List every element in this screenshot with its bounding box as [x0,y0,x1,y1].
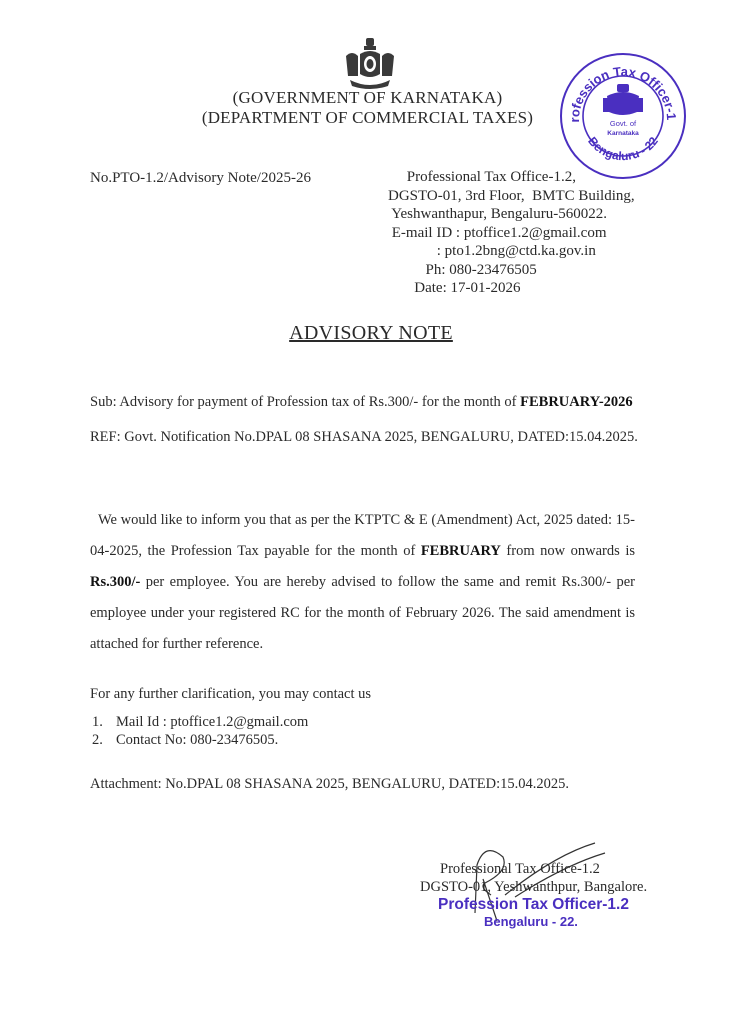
address-line: Professional Tax Office-1.2, [388,168,635,187]
address-line: DGSTO-01, 3rd Floor, BMTC Building, [388,187,635,206]
subject-month: FEBRUARY-2026 [520,394,633,410]
body-text-3: per employee. You are hereby advised to … [90,574,635,652]
office-address: Professional Tax Office-1.2,DGSTO-01, 3r… [388,168,635,298]
clarification-text: For any further clarification, you may c… [90,686,371,703]
address-line: Date: 17-01-2026 [388,279,635,298]
contact-mail: Mail Id : ptoffice1.2@gmail.com [116,714,308,730]
contact-item: 1.Mail Id : ptoffice1.2@gmail.com [90,713,308,731]
signatory-office: Professional Tax Office-1.2 [420,860,647,878]
attachment-line: Attachment: No.DPAL 08 SHASANA 2025, BEN… [90,776,569,793]
contact-phone: Contact No: 080-23476505. [116,732,278,748]
body-text-2: from now onwards is [501,543,635,559]
body-bold-month: FEBRUARY [421,543,501,559]
officer-seal: Profession Tax Officer-1.2 Bengaluru - 2… [420,896,647,930]
address-line: E-mail ID : ptoffice1.2@gmail.com [388,224,635,243]
address-line: : pto1.2bng@ctd.ka.gov.in [388,242,635,261]
body-bold-amount: Rs.300/- [90,574,140,590]
seal-title: Profession Tax Officer-1.2 [420,896,647,913]
seal-location: Bengaluru - 22. [420,913,647,930]
official-stamp-icon: Profession Tax Officer-1.2 Bengaluru - 2… [557,50,689,182]
stamp-inner-line1: Govt. of [610,119,637,128]
contact-number: 1. [90,713,116,731]
body-paragraph: We would like to inform you that as per … [90,505,635,660]
svg-text:Bengaluru - 22: Bengaluru - 22 [585,134,661,163]
signatory-address: DGSTO-01, Yeshwanthpur, Bangalore. [420,878,647,896]
contact-number: 2. [90,731,116,749]
subject-line: Sub: Advisory for payment of Profession … [90,394,633,411]
contact-list: 1.Mail Id : ptoffice1.2@gmail.com 2.Cont… [90,713,308,749]
address-line: Ph: 080-23476505 [388,261,635,280]
subject-prefix: Sub: Advisory for payment of Profession … [90,394,520,410]
reference-line: REF: Govt. Notification No.DPAL 08 SHASA… [90,429,638,446]
signatory-block: Professional Tax Office-1.2 DGSTO-01, Ye… [420,860,647,930]
karnataka-emblem-icon [340,36,400,92]
reference-number: No.PTO-1.2/Advisory Note/2025-26 [90,170,311,187]
address-line: Yeshwanthapur, Bengaluru-560022. [388,205,635,224]
document-title: ADVISORY NOTE [0,322,732,345]
stamp-inner-line2: Karnataka [607,130,639,137]
stamp-bottom-text: Bengaluru - 22 [585,134,661,163]
contact-item: 2.Contact No: 080-23476505. [90,731,308,749]
